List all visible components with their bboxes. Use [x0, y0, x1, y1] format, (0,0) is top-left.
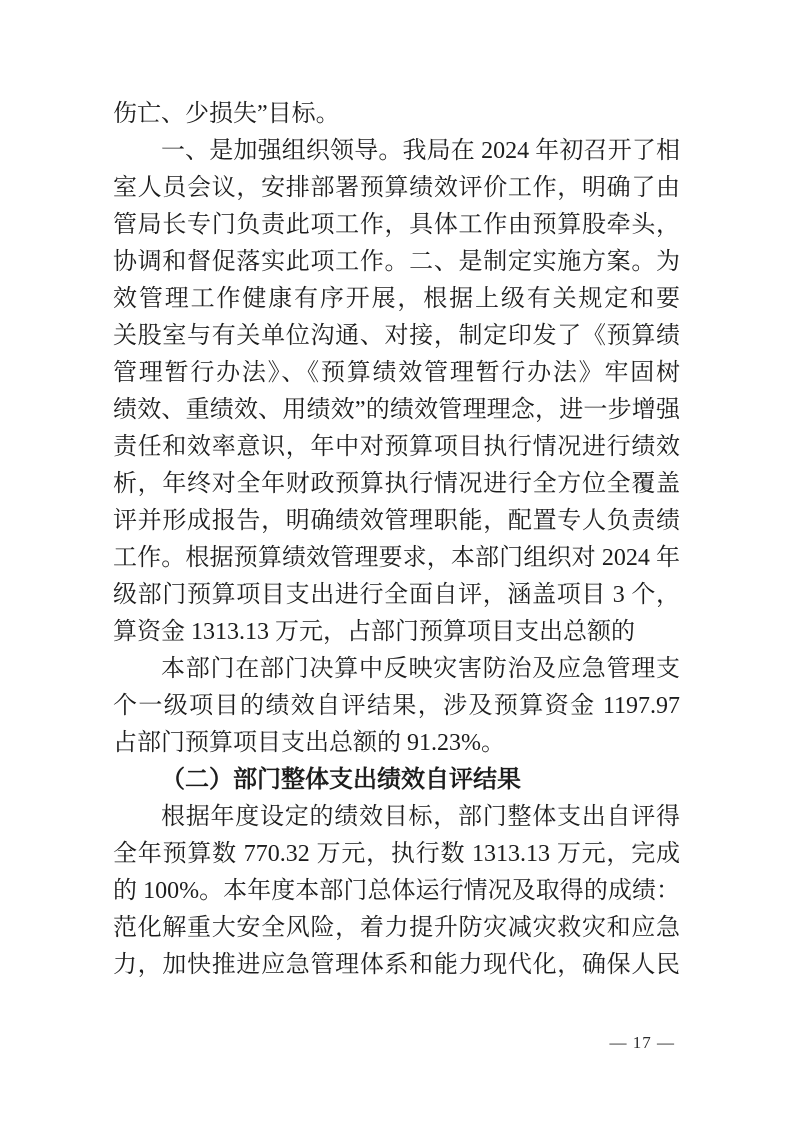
text-line: （二）部门整体支出绩效自评结果 [113, 762, 680, 799]
section-heading: （二）部门整体支出绩效自评结果 [113, 762, 680, 799]
text-line: 全年预算数 770.32 万元，执行数 1313.13 万元，完成预算 [113, 836, 680, 873]
text-line: 工作。根据预算绩效管理要求，本部门组织对 2024 年度县 [113, 540, 680, 577]
page-number: — 17 — [0, 1031, 675, 1055]
text-line: 级部门预算项目支出进行全面自评，涵盖项目 3 个，涉及预 [113, 577, 680, 614]
paragraph: 本部门在部门决算中反映灾害防治及应急管理支出等 1个一级项目的绩效自评结果，涉及… [113, 651, 680, 762]
text-line: 管局长专门负责此项工作，具体工作由预算股牵头，组织、 [113, 207, 680, 244]
text-line: 个一级项目的绩效自评结果，涉及预算资金 1197.97 万元， [113, 688, 680, 725]
paragraph: 根据年度设定的绩效目标，部门整体支出自评得分 99，全年预算数 770.32 万… [113, 799, 680, 984]
text-line: 一、是加强组织领导。我局在 2024 年初召开了相关股 [113, 133, 680, 170]
text-line: 管理暂行办法》、《预算绩效管理暂行办法》牢固树立“讲 [113, 355, 680, 392]
text-line: 关股室与有关单位沟通、对接，制定印发了《预算绩效目标 [113, 318, 680, 355]
text-line: 算资金 1313.13 万元，占部门预算项目支出总额的 100%。 [113, 614, 680, 651]
text-block: 伤亡、少损失”目标。一、是加强组织领导。我局在 2024 年初召开了相关股室人员… [113, 96, 680, 984]
text-line: 协调和督促落实此项工作。二、是制定实施方案。为推进绩 [113, 244, 680, 281]
text-line: 评并形成报告，明确绩效管理职能，配置专人负责绩效管理 [113, 503, 680, 540]
text-line: 析，年终对全年财政预算执行情况进行全方位全覆盖绩效自 [113, 466, 680, 503]
paragraph: 伤亡、少损失”目标。 [113, 96, 680, 133]
text-line: 责任和效率意识，年中对预算项目执行情况进行绩效监控分 [113, 429, 680, 466]
text-line: 力，加快推进应急管理体系和能力现代化，确保人民群众生 [113, 947, 680, 984]
document-page: 伤亡、少损失”目标。一、是加强组织领导。我局在 2024 年初召开了相关股室人员… [0, 0, 793, 1122]
text-line: 根据年度设定的绩效目标，部门整体支出自评得分 99， [113, 799, 680, 836]
text-line: 伤亡、少损失”目标。 [113, 96, 680, 133]
text-line: 室人员会议，安排部署预算绩效评价工作，明确了由一名分 [113, 170, 680, 207]
text-line: 占部门预算项目支出总额的 91.23%。 [113, 725, 680, 762]
text-line: 本部门在部门决算中反映灾害防治及应急管理支出等 1 [113, 651, 680, 688]
text-line: 范化解重大安全风险，着力提升防灾减灾救灾和应急救援能 [113, 910, 680, 947]
text-line: 的 100%。本年度本部门总体运行情况及取得的成绩：全力防 [113, 873, 680, 910]
text-line: 效管理工作健康有序开展，根据上级有关规定和要求，由相 [113, 281, 680, 318]
paragraph: 一、是加强组织领导。我局在 2024 年初召开了相关股室人员会议，安排部署预算绩… [113, 133, 680, 651]
text-line: 绩效、重绩效、用绩效”的绩效管理理念，进一步增强支出 [113, 392, 680, 429]
